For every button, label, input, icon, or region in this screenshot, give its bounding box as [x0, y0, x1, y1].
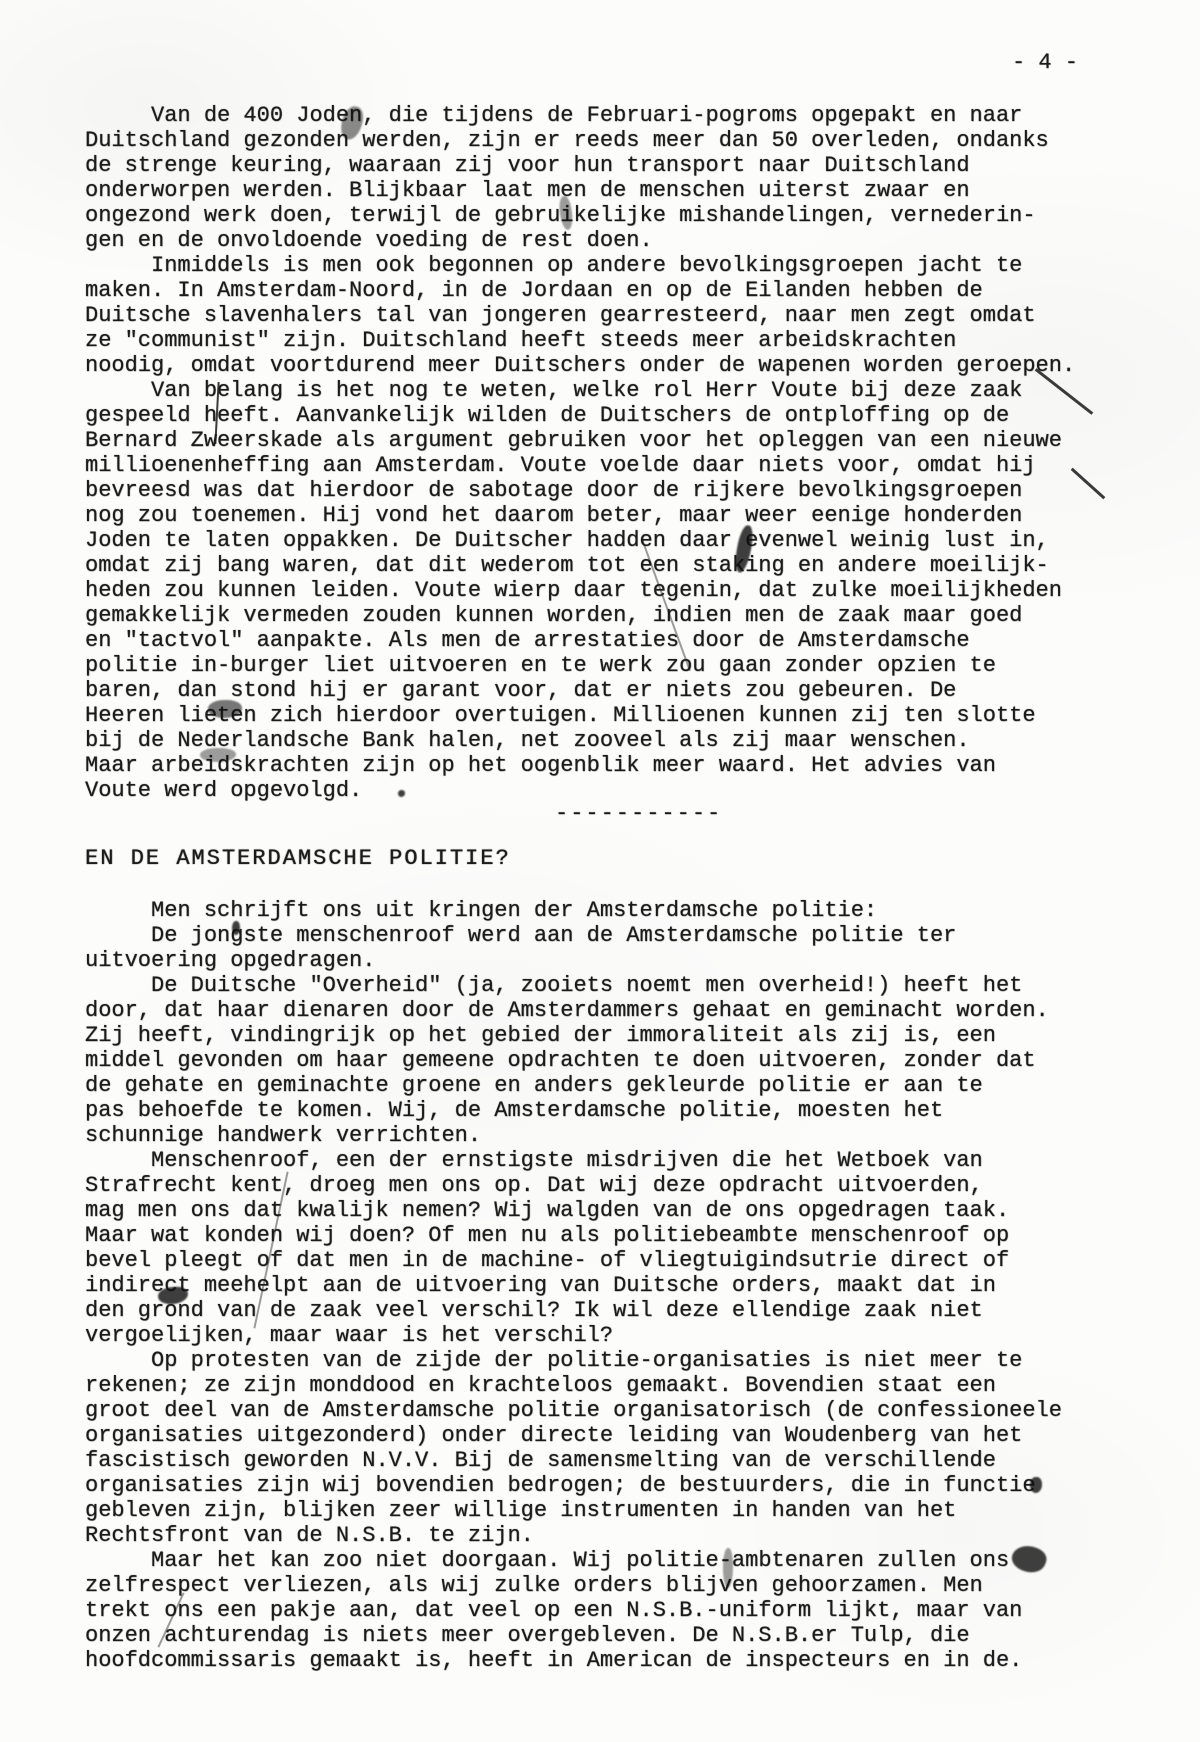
- article-politie-body: Men schrijft ons uit kringen der Amsterd…: [85, 898, 1095, 1673]
- article-joden-body: Van de 400 Joden, die tijdens de Februar…: [85, 103, 1095, 803]
- scanned-document-page: - 4 - Van de 400 Joden, die tijdens de F…: [0, 0, 1200, 1742]
- section-divider-dashes: -----------: [555, 801, 722, 826]
- page-number: - 4 -: [1012, 50, 1078, 75]
- article-politie-heading: EN DE AMSTERDAMSCHE POLITIE?: [85, 846, 511, 871]
